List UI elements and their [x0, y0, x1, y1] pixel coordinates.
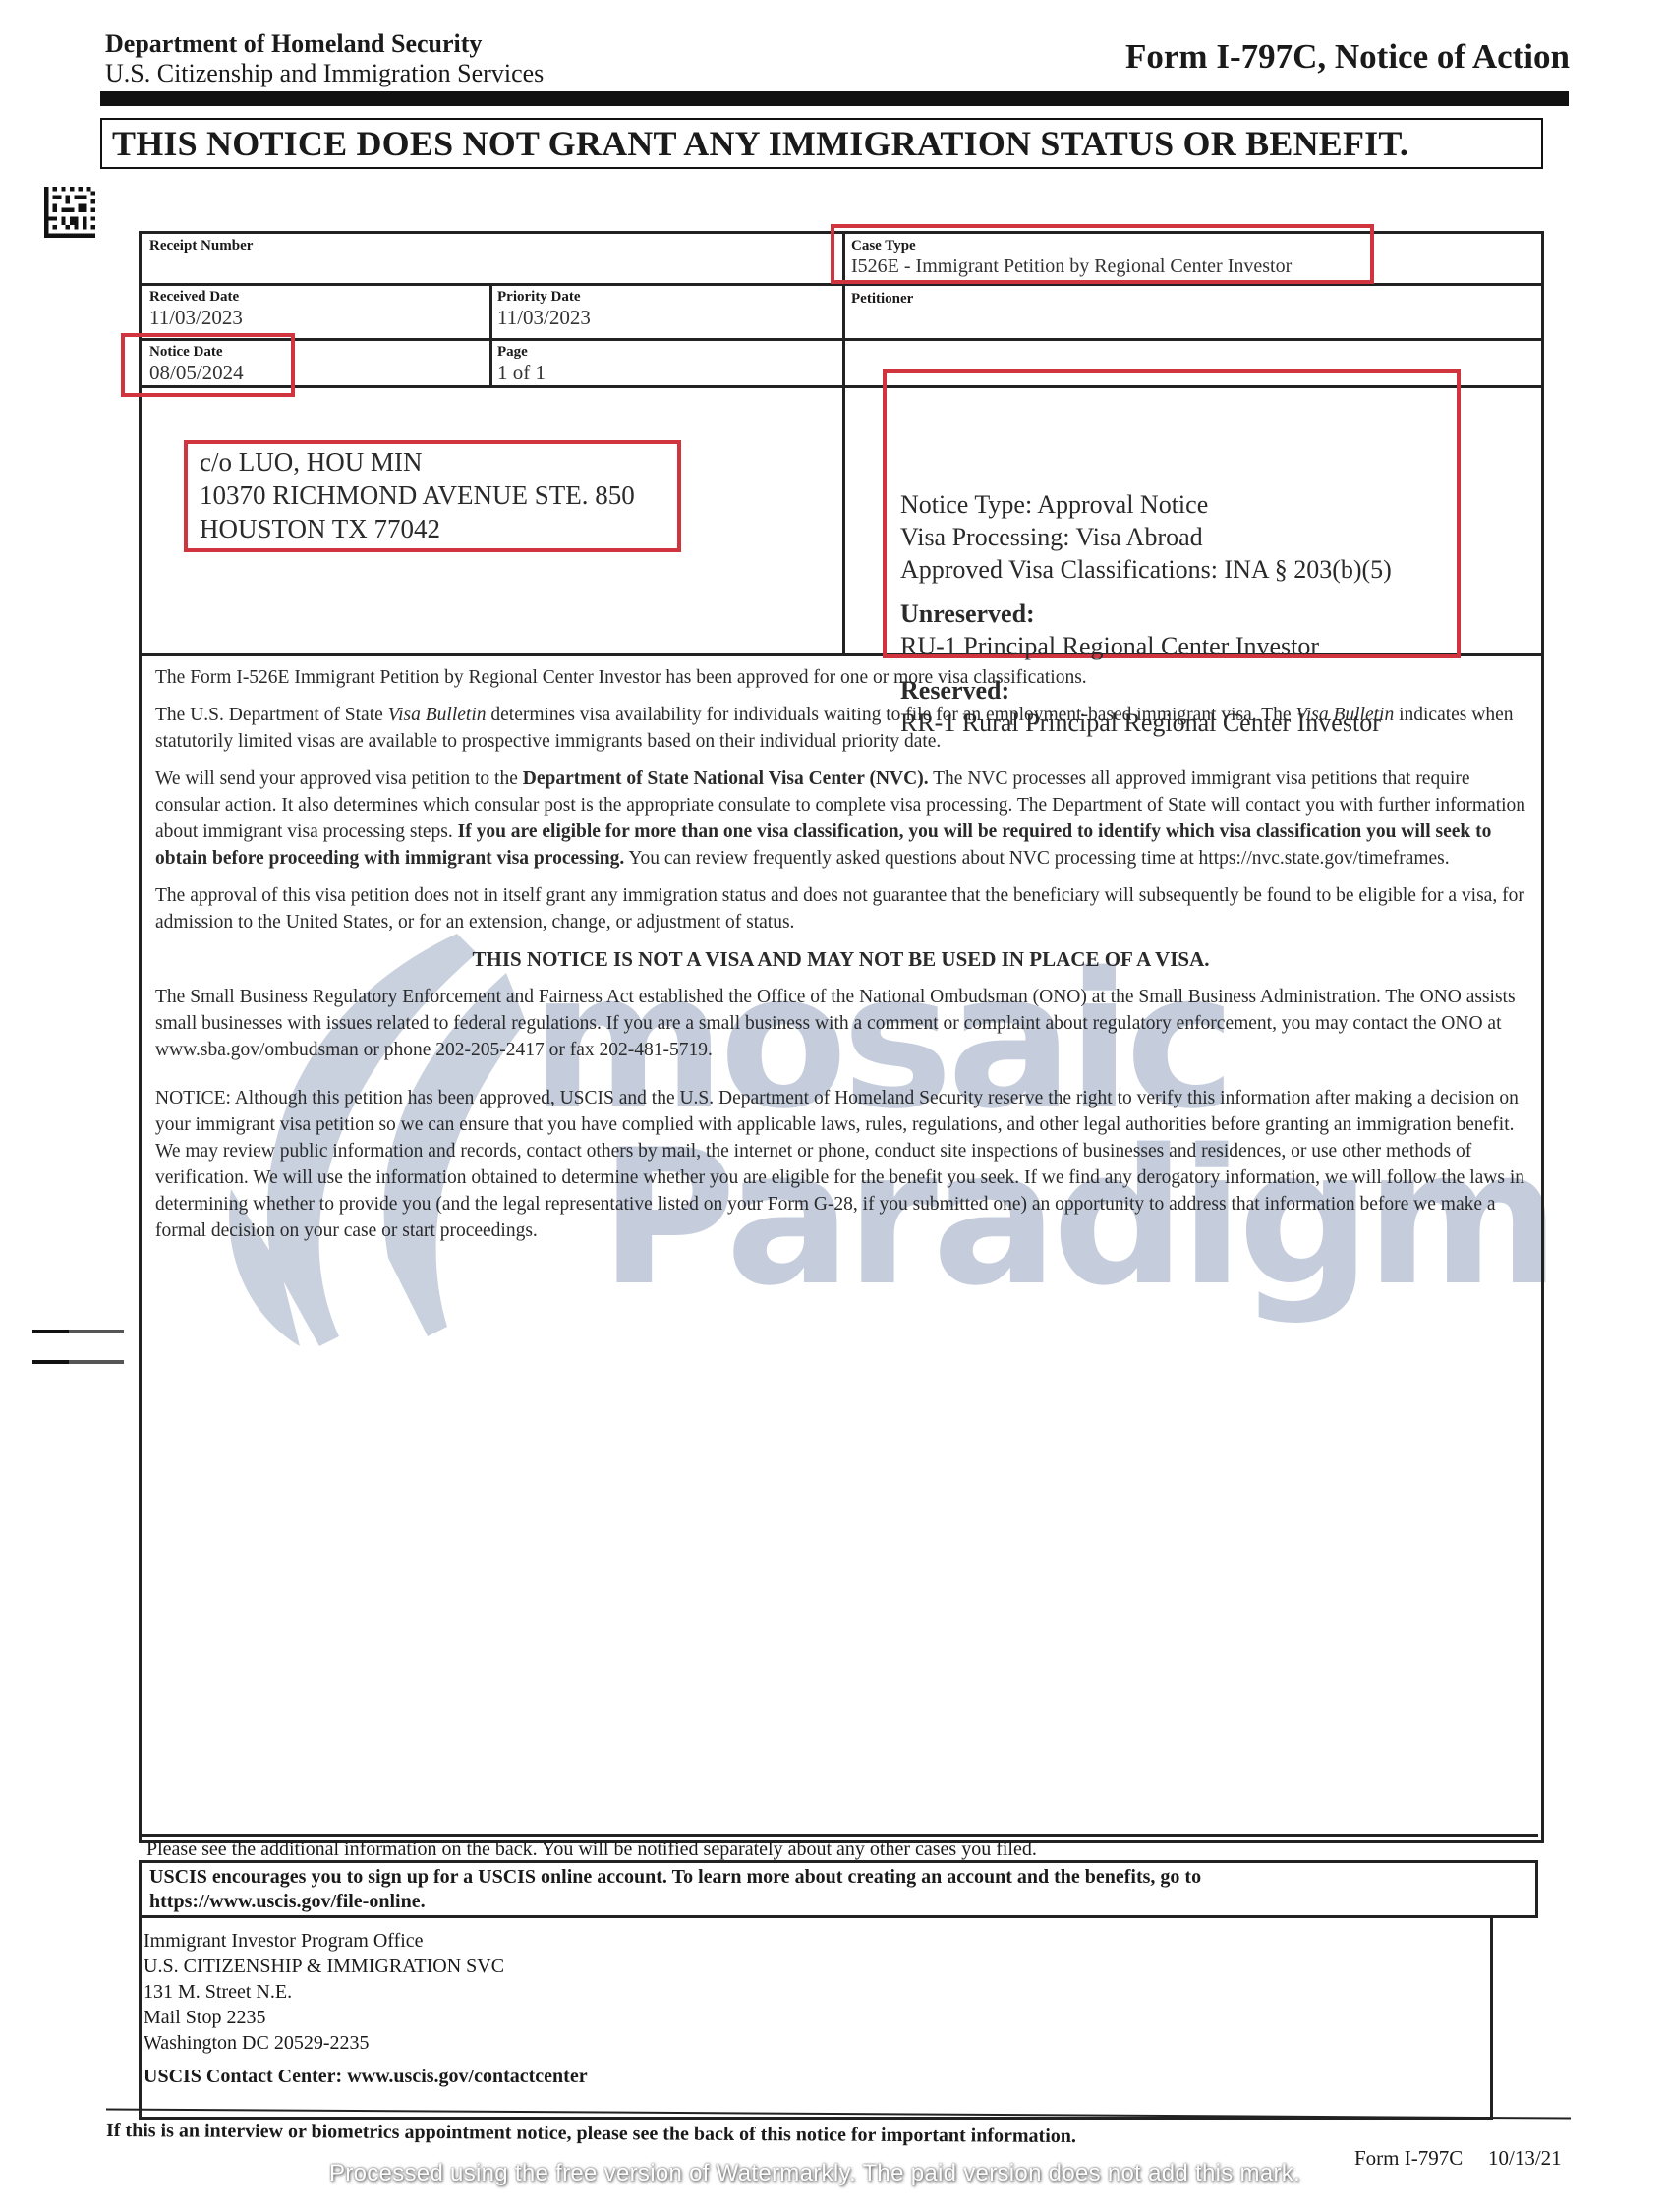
- interview-note: If this is an interview or biometrics ap…: [106, 2120, 1076, 2148]
- agency-name: Department of Homeland Security: [105, 29, 482, 59]
- status-banner: THIS NOTICE DOES NOT GRANT ANY IMMIGRATI…: [100, 118, 1543, 169]
- text-run: The U.S. Department of State: [155, 705, 388, 725]
- header-divider: [100, 91, 1569, 106]
- notice-type: Notice Type: Approval Notice: [900, 488, 1666, 521]
- page-label: Page: [497, 343, 832, 361]
- highlight-notice-date: [121, 333, 295, 397]
- visa-classifications: Approved Visa Classifications: INA § 203…: [900, 553, 1666, 586]
- online-account-text: USCIS encourages you to sign up for a US…: [149, 1865, 1417, 1914]
- unreserved-label: Unreserved:: [900, 597, 1666, 630]
- form-edition-date: 10/13/21: [1488, 2146, 1562, 2171]
- office-line: 131 M. Street N.E.: [144, 1979, 1490, 2005]
- office-line: Immigrant Investor Program Office: [144, 1928, 1490, 1954]
- form-id: Form I-797C: [1354, 2146, 1463, 2171]
- body-paragraph: The Form I-526E Immigrant Petition by Re…: [155, 664, 1526, 691]
- form-title: Form I-797C, Notice of Action: [1125, 37, 1570, 77]
- subagency-name: U.S. Citizenship and Immigration Service…: [105, 59, 544, 88]
- text-run: We will send your approved visa petition…: [155, 768, 523, 789]
- contact-center: USCIS Contact Center: www.uscis.gov/cont…: [144, 2064, 1490, 2089]
- address-line: c/o LUO, HOU MIN: [200, 445, 1599, 479]
- online-account-strip: USCIS encourages you to sign up for a US…: [139, 1863, 1538, 1918]
- not-a-visa-warning: THIS NOTICE IS NOT A VISA AND MAY NOT BE…: [155, 946, 1526, 973]
- petitioner-label: Petitioner: [851, 290, 1529, 308]
- processing-watermark: Processed using the free version of Wate…: [329, 2160, 1300, 2187]
- priority-date-value: 11/03/2023: [497, 306, 832, 329]
- visa-processing: Visa Processing: Visa Abroad: [900, 521, 1666, 553]
- scan-mark: [32, 1330, 124, 1333]
- received-date-label: Received Date: [149, 288, 484, 306]
- office-line: Mail Stop 2235: [144, 2005, 1490, 2030]
- body-paragraph: We will send your approved visa petition…: [155, 766, 1526, 872]
- notice-body: The Form I-526E Immigrant Petition by Re…: [155, 664, 1526, 1244]
- body-paragraph: The U.S. Department of State Visa Bullet…: [155, 702, 1526, 755]
- received-date-value: 11/03/2023: [149, 306, 484, 329]
- datamatrix-barcode-icon: [44, 187, 95, 238]
- text-run: determines visa availability for individ…: [487, 705, 1296, 725]
- unreserved-value: RU-1 Principal Regional Center Investor: [900, 630, 1666, 662]
- page-field: Page 1 of 1: [497, 343, 832, 384]
- body-paragraph: NOTICE: Although this petition has been …: [155, 1085, 1526, 1244]
- highlight-case-type: [831, 224, 1374, 284]
- visa-bulletin-term: Visa Bulletin: [388, 705, 487, 725]
- visa-bulletin-term: Visa Bulletin: [1295, 705, 1394, 725]
- priority-date-label: Priority Date: [497, 288, 832, 306]
- received-date-field: Received Date 11/03/2023: [149, 288, 484, 329]
- text-run: You can review frequently asked question…: [624, 848, 1449, 869]
- priority-date-field: Priority Date 11/03/2023: [497, 288, 832, 329]
- body-paragraph: The Small Business Regulatory Enforcemen…: [155, 984, 1526, 1063]
- nvc-name: Department of State National Visa Center…: [523, 768, 929, 789]
- office-line: Washington DC 20529-2235: [144, 2030, 1490, 2056]
- office-address: Immigrant Investor Program Office U.S. C…: [139, 1918, 1493, 2120]
- office-line: U.S. CITIZENSHIP & IMMIGRATION SVC: [144, 1954, 1490, 1979]
- scan-mark: [32, 1360, 124, 1364]
- receipt-number-field: Receipt Number: [149, 237, 828, 255]
- petitioner-field: Petitioner: [851, 290, 1529, 308]
- body-paragraph: The approval of this visa petition does …: [155, 882, 1526, 936]
- receipt-number-label: Receipt Number: [149, 237, 828, 255]
- additional-info-text: Please see the additional information on…: [146, 1839, 1037, 1860]
- page-value: 1 of 1: [497, 361, 832, 384]
- additional-info-strip: Please see the additional information on…: [139, 1834, 1538, 1863]
